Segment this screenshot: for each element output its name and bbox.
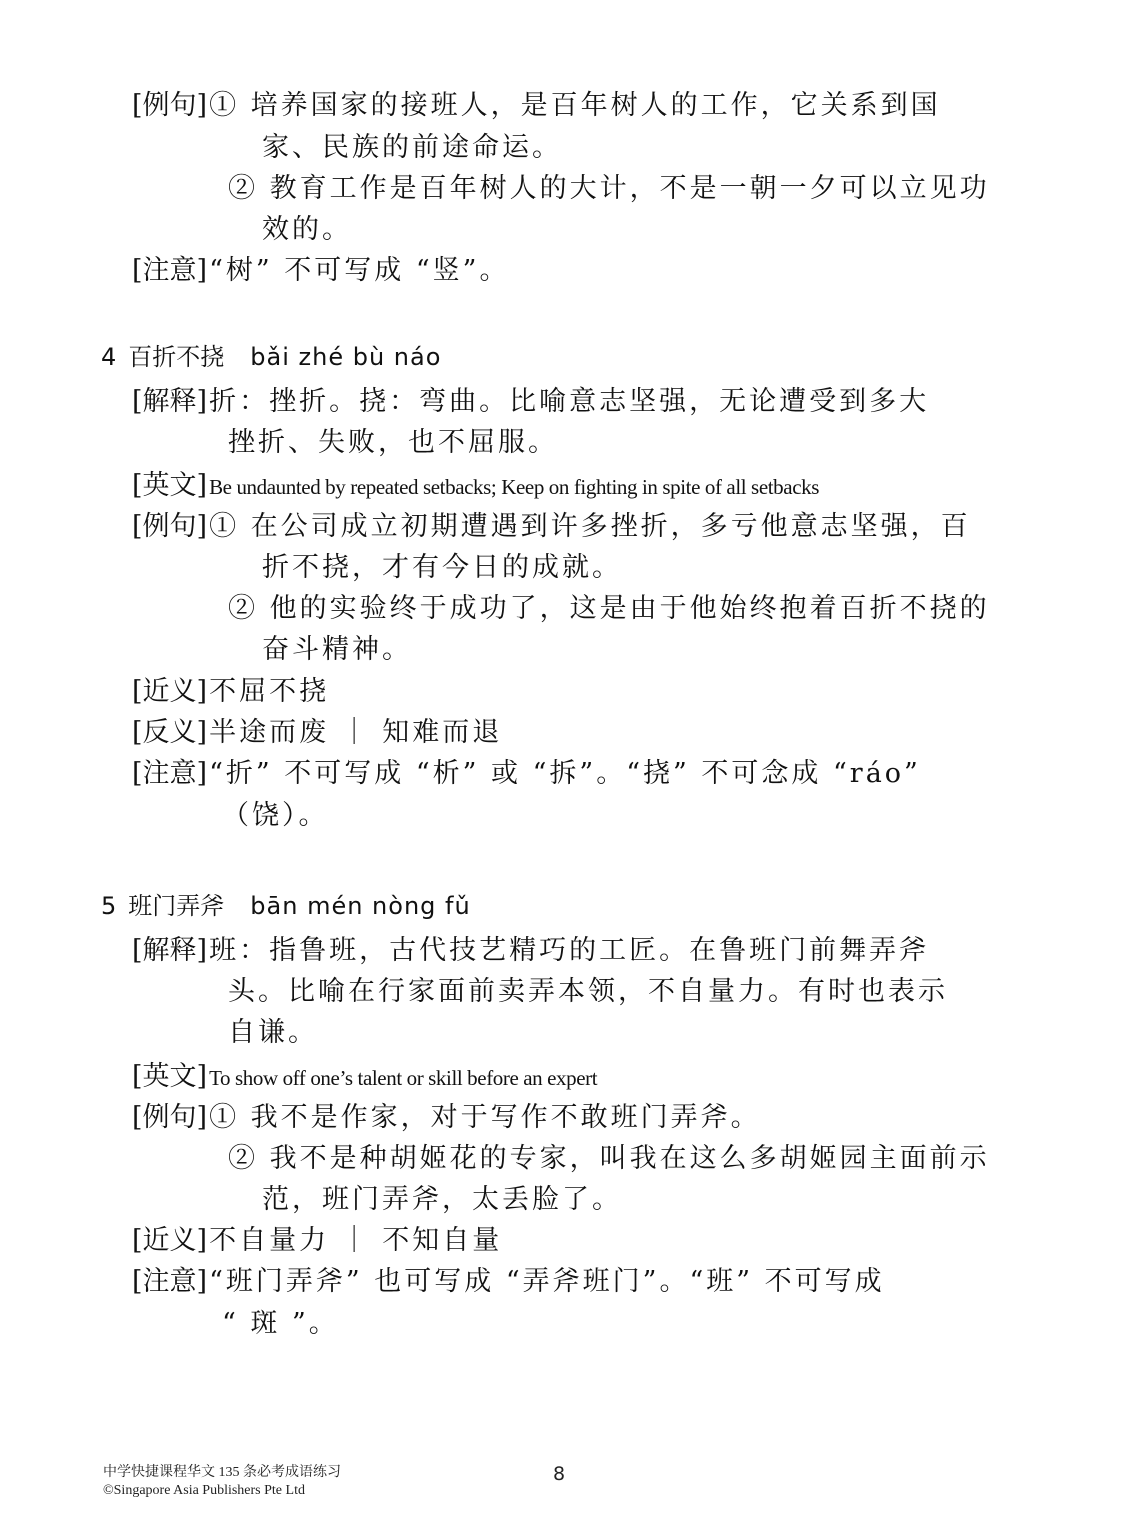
english-label: [英文] bbox=[132, 470, 207, 501]
example-sentence-2: ② 他的实验终于成功了，这是由于他始终抱着百折不挠的 bbox=[228, 592, 990, 626]
idiom-title: 班门弄斧 bbox=[128, 892, 224, 920]
note-text: “折” 不可写成 “析” 或 “拆”。“挠” 不可念成 “ráo” bbox=[209, 758, 921, 789]
page-footer: 中学快捷课程华文 135 条必考成语练习 ©Singapore Asia Pub… bbox=[103, 1464, 341, 1500]
entry5-example-row: [例句]① 我不是作家，对于写作不敢班门弄斧。 bbox=[132, 1101, 761, 1135]
explanation-label: [解释] bbox=[132, 386, 207, 417]
entry4-synonym-row: [近义]不屈不挠 bbox=[132, 675, 329, 709]
entry5-heading: 5班门弄斧bān mén nòng fǔ bbox=[101, 889, 471, 923]
synonym-label: [近义] bbox=[132, 676, 207, 707]
example-sentence-2-continued: 奋斗精神。 bbox=[262, 633, 412, 667]
entry5-english-row: [英文]To show off one’s talent or skill be… bbox=[132, 1060, 597, 1095]
copyright-notice: ©Singapore Asia Publishers Pte Ltd bbox=[103, 1482, 341, 1500]
note-label: [注意] bbox=[132, 255, 207, 286]
explanation-label: [解释] bbox=[132, 935, 207, 966]
example-sentence-1: ① 我不是作家，对于写作不敢班门弄斧。 bbox=[209, 1102, 761, 1133]
english-translation: To show off one’s talent or skill before… bbox=[209, 1066, 597, 1090]
idiom-pinyin: bān mén nòng fǔ bbox=[250, 892, 470, 920]
explanation-text-continued: 挫折、失败，也不屈服。 bbox=[228, 426, 558, 460]
entry-number: 5 bbox=[101, 892, 116, 920]
example-sentence-1: ① 培养国家的接班人，是百年树人的工作，它关系到国 bbox=[209, 90, 941, 121]
entry4-english-row: [英文]Be undaunted by repeated setbacks; K… bbox=[132, 469, 819, 504]
entry4-explanation-row: [解释]折：挫折。挠：弯曲。比喻意志坚强，无论遭受到多大 bbox=[132, 385, 929, 419]
antonym-label: [反义] bbox=[132, 717, 207, 748]
note-text: “树” 不可写成 “竖”。 bbox=[209, 255, 509, 286]
book-title: 中学快捷课程华文 135 条必考成语练习 bbox=[103, 1464, 341, 1482]
entry5-explanation-row: [解释]班：指鲁班，古代技艺精巧的工匠。在鲁班门前舞弄斧 bbox=[132, 934, 929, 968]
english-translation: Be undaunted by repeated setbacks; Keep … bbox=[209, 475, 819, 499]
example-sentence-1-continued: 家、民族的前途命运。 bbox=[262, 131, 562, 165]
synonym-text: 不自量力 ｜ 不知自量 bbox=[209, 1225, 502, 1256]
english-label: [英文] bbox=[132, 1061, 207, 1092]
antonym-text: 半途而废 ｜ 知难而退 bbox=[209, 717, 502, 748]
explanation-text-continued-2: 自谦。 bbox=[228, 1016, 318, 1050]
explanation-text-continued: 头。比喻在行家面前卖弄本领，不自量力。有时也表示 bbox=[228, 975, 948, 1009]
idiom-title: 百折不挠 bbox=[128, 343, 224, 371]
entry5-synonym-row: [近义]不自量力 ｜ 不知自量 bbox=[132, 1224, 502, 1258]
note-text-continued: （饶）。 bbox=[222, 799, 329, 833]
example-label: [例句] bbox=[132, 90, 207, 121]
note-label: [注意] bbox=[132, 1266, 207, 1297]
example-sentence-2-continued: 范，班门弄斧，太丢脸了。 bbox=[262, 1183, 622, 1217]
entry-number: 4 bbox=[101, 343, 116, 371]
note-text: “班门弄斧” 也可写成 “弄斧班门”。“班” 不可写成 bbox=[209, 1266, 885, 1297]
example-sentence-2: ② 教育工作是百年树人的大计，不是一朝一夕可以立见功 bbox=[228, 172, 990, 206]
entry5-note-row: [注意]“班门弄斧” 也可写成 “弄斧班门”。“班” 不可写成 bbox=[132, 1265, 885, 1299]
entry3-example-row: [例句]① 培养国家的接班人，是百年树人的工作，它关系到国 bbox=[132, 89, 941, 123]
synonym-label: [近义] bbox=[132, 1225, 207, 1256]
explanation-text: 折：挫折。挠：弯曲。比喻意志坚强，无论遭受到多大 bbox=[209, 386, 929, 417]
entry4-heading: 4百折不挠bǎi zhé bù náo bbox=[101, 340, 441, 374]
note-label: [注意] bbox=[132, 758, 207, 789]
example-label: [例句] bbox=[132, 511, 207, 542]
example-sentence-1: ① 在公司成立初期遭遇到许多挫折，多亏他意志坚强，百 bbox=[209, 511, 971, 542]
note-text-continued: “ 斑 ”。 bbox=[222, 1307, 339, 1341]
entry4-note-row: [注意]“折” 不可写成 “析” 或 “拆”。“挠” 不可念成 “ráo” bbox=[132, 757, 921, 791]
example-sentence-1-continued: 折不挠，才有今日的成就。 bbox=[262, 551, 622, 585]
example-label: [例句] bbox=[132, 1102, 207, 1133]
idiom-pinyin: bǎi zhé bù náo bbox=[250, 343, 441, 371]
entry3-note-row: [注意]“树” 不可写成 “竖”。 bbox=[132, 254, 509, 288]
page-number: 8 bbox=[553, 1463, 565, 1485]
entry4-antonym-row: [反义]半途而废 ｜ 知难而退 bbox=[132, 716, 502, 750]
entry4-example-row: [例句]① 在公司成立初期遭遇到许多挫折，多亏他意志坚强，百 bbox=[132, 510, 971, 544]
example-sentence-2: ② 我不是种胡姬花的专家，叫我在这么多胡姬园主面前示 bbox=[228, 1142, 990, 1176]
synonym-text: 不屈不挠 bbox=[209, 676, 329, 707]
explanation-text: 班：指鲁班，古代技艺精巧的工匠。在鲁班门前舞弄斧 bbox=[209, 935, 929, 966]
example-sentence-2-continued: 效的。 bbox=[262, 213, 352, 247]
